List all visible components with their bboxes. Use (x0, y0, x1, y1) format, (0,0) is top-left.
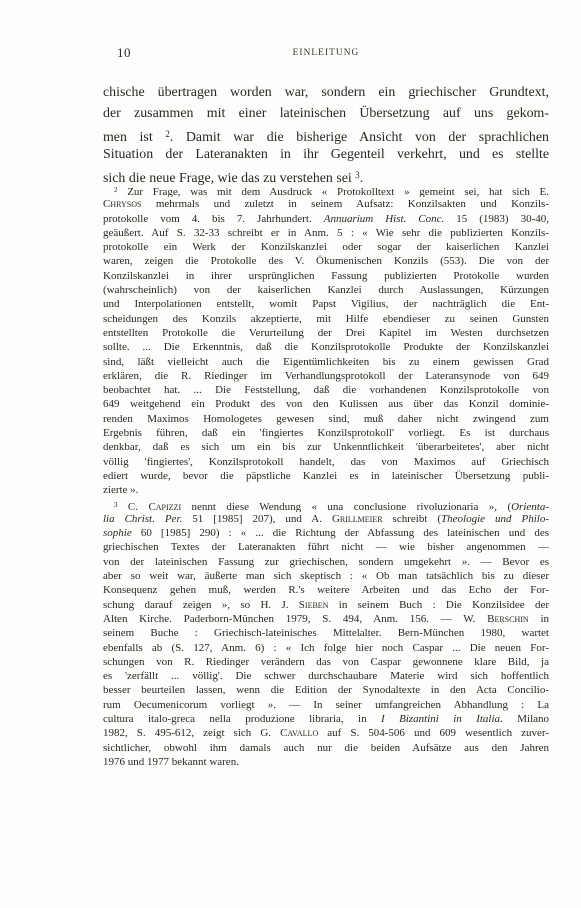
text-line: geäußert. Auf S. 32-33 schreibt er in An… (103, 226, 549, 240)
footnotes-block: 2 Zur Frage, was mit dem Ausdruck « Prot… (103, 183, 549, 769)
text-line: renden Maximos Homologetes gewesen sind,… (103, 412, 549, 426)
text-line: Ergebnis führen, daß ein 'fingiertes Kon… (103, 426, 549, 440)
text-line: aber so weit war, äußerte man sich skept… (103, 569, 549, 583)
text-line: erklären, die R. Riedinger im Verhandlun… (103, 369, 549, 383)
text-line: sind, läßt vielleicht auch die Eigentüml… (103, 355, 549, 369)
text-line: waren, zeigen die Protokolle des V. Ökum… (103, 254, 549, 268)
text-line: denkbar, daß es sich um ein bis zur Unke… (103, 440, 549, 454)
footnote-3: 3 C. Capizzi nennt diese Wendung « una c… (103, 498, 549, 770)
text-line: chische übertragen worden war, sondern e… (103, 83, 549, 104)
text-line: 2 Zur Frage, was mit dem Ausdruck « Prot… (103, 183, 549, 197)
running-header: EINLEITUNG (103, 48, 549, 58)
text-line: Alten Kirche. Paderborn-München 1979, S.… (103, 612, 549, 626)
body-paragraph: chische übertragen worden war, sondern e… (103, 83, 549, 186)
text-line: rum Oecumenicorum vorliegt ». — In seine… (103, 698, 549, 712)
text-line: seinem Buche : Griechisch-lateinisches M… (103, 626, 549, 640)
text-line: ediert wurde, bevor die päpstliche Kanzl… (103, 469, 549, 483)
text-line: Konsequenz gehen muß, werden R.'s weiter… (103, 583, 549, 597)
text-line: zierte ». (103, 483, 549, 497)
text-line: sophie 60 [1985] 290) : « ... die Richtu… (103, 526, 549, 540)
text-line: entstellten Protokolle die Verurteilung … (103, 326, 549, 340)
text-line: cultura italo-greca nella produzione lib… (103, 712, 549, 726)
text-line: griechischen Textes der Lateranakten füh… (103, 540, 549, 554)
text-line: der zusammen mit einer lateinischen Über… (103, 104, 549, 125)
text-line: (wahrscheinlich) von der kaiserlichen Ka… (103, 283, 549, 297)
text-line: beobachtet hat. ... Die Feststellung, da… (103, 383, 549, 397)
text-line: 649 weitgehend ein Produkt des von den K… (103, 397, 549, 411)
text-line: es 'zerfällt ... völlig'. Die schwer dur… (103, 669, 549, 683)
text-line: 3 C. Capizzi nennt diese Wendung « una c… (103, 498, 549, 512)
text-line: und Interpolationen entstellt, womit Pap… (103, 297, 549, 311)
text-line: 1976 und 1977 bekannt waren. (103, 755, 549, 769)
text-line: protokolle vom 4. bis 7. Jahrhundert. An… (103, 212, 549, 226)
text-line: schungen von R. Riedinger verändern das … (103, 655, 549, 669)
text-line: scheidungen des Konzils akzeptierte, mit… (103, 312, 549, 326)
text-line: men ist 2. Damit war die bisherige Ansic… (103, 124, 549, 145)
text-line: ebenfalls ab (S. 127, Anm. 6) : « Ich fo… (103, 641, 549, 655)
text-line: sollte. ... Die Erkenntnis, daß die Konz… (103, 340, 549, 354)
text-line: protokolle ein Werk der Konzilskanzlei o… (103, 240, 549, 254)
text-line: völlig 'fingiertes', Konzilsprotokoll ha… (103, 455, 549, 469)
text-line: Situation der Lateranakten in ihr Gegent… (103, 145, 549, 166)
text-line: schung darauf zeigen », so H. J. Sieben … (103, 598, 549, 612)
text-line: lia Christ. Per. 51 [1985] 207), und A. … (103, 512, 549, 526)
text-line: Chrysos mehrmals und zuletzt in seinem A… (103, 197, 549, 211)
footnote-2: 2 Zur Frage, was mit dem Ausdruck « Prot… (103, 183, 549, 498)
text-line: 1982, S. 495-612, zeigt sich G. Cavallo … (103, 726, 549, 740)
text-line: Konzilskanzlei in ihrer ursprünglichen F… (103, 269, 549, 283)
text-line: sichtlicher, obwohl ihm damals auch nur … (103, 741, 549, 755)
text-line: von der lateinischen Fassung zur griechi… (103, 555, 549, 569)
book-page: 10 EINLEITUNG chische übertragen worden … (0, 0, 581, 908)
text-line: besser beurteilen lassen, wenn die Editi… (103, 683, 549, 697)
